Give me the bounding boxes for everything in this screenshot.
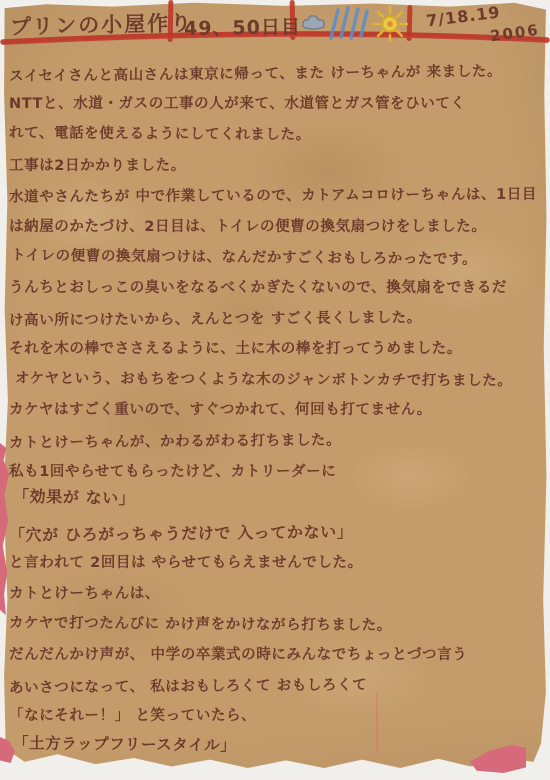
journal-line: オケヤという、おもちをつくような木のジャンボトンカチで打ちました。 [9, 362, 545, 395]
journal-line: 「土方ラップフリースタイル」 [9, 727, 545, 763]
journal-line: 「穴が ひろがっちゃうだけで 入ってかない」 [9, 513, 545, 549]
page-title: プリンの小屋作り [10, 7, 194, 41]
pink-crease-mark [376, 692, 378, 754]
journal-line: トイレの便曹の換気扇つけは、なんだかすごくおもしろかったです。 [9, 238, 545, 273]
journal-line: だんだんかけ声が、 中学の卒業式の時にみんなでちょっとづつ言う [9, 638, 545, 669]
cloud-icon [303, 16, 324, 29]
sun-icon [373, 7, 407, 41]
journal-line: 水道やさんたちが 中で作業しているので、カトアムコロけーちゃんは、1日目 [9, 178, 545, 211]
journal-line: と言われて 2回目は やらせてもらえませんでした。 [9, 547, 545, 578]
journal-line: NTTと、水道・ガスの工事の人が来て、水道管とガス管をひいてく [9, 88, 545, 119]
journal-line: それを木の棒でささえるように、土に木の棒を打ってうめました。 [9, 332, 545, 363]
journal-line: カケヤはすごく重いので、すぐつかれて、何回も打てません。 [9, 394, 545, 425]
journal-body: スイセイさんと高山さんは東京に帰って、また けーちゃんが 来ました。 NTTと、… [9, 57, 545, 761]
journal-line: れて、電話を使えるようにしてくれました。 [9, 116, 545, 150]
day-count: 49、50日目 [184, 12, 301, 41]
scanned-journal-page: { "page": { "background_color": "#f0efeb… [0, 0, 550, 780]
journal-line: け高い所につけたいから、えんとつを すごく長くしました。 [9, 300, 545, 334]
journal-line: カケヤで打つたんびに かけ声をかけながら打ちました。 [9, 606, 545, 640]
journal-line: 「なにそれー！」 と笑っていたら、 [9, 699, 545, 730]
journal-line: スイセイさんと高山さんは東京に帰って、また けーちゃんが 来ました。 [9, 54, 545, 90]
journal-line: カトとけーちゃんが、かわるがわる打ちました。 [9, 422, 545, 457]
journal-line: 工事は2日かかりました。 [9, 149, 545, 180]
journal-line: うんちとおしっこの臭いをなるべくかぎたくないので、換気扇をできるだ [9, 271, 545, 302]
weather-doodles [298, 4, 408, 48]
journal-line: カトとけーちゃんは、 [9, 577, 545, 608]
journal-line: は納屋のかたづけ、2日目は、トイレの便曹の換気扇つけをしました。 [9, 210, 545, 241]
journal-line: あいさつになって、 私はおもしろくて おもしろくて [9, 667, 545, 702]
rain-icon [331, 8, 367, 38]
